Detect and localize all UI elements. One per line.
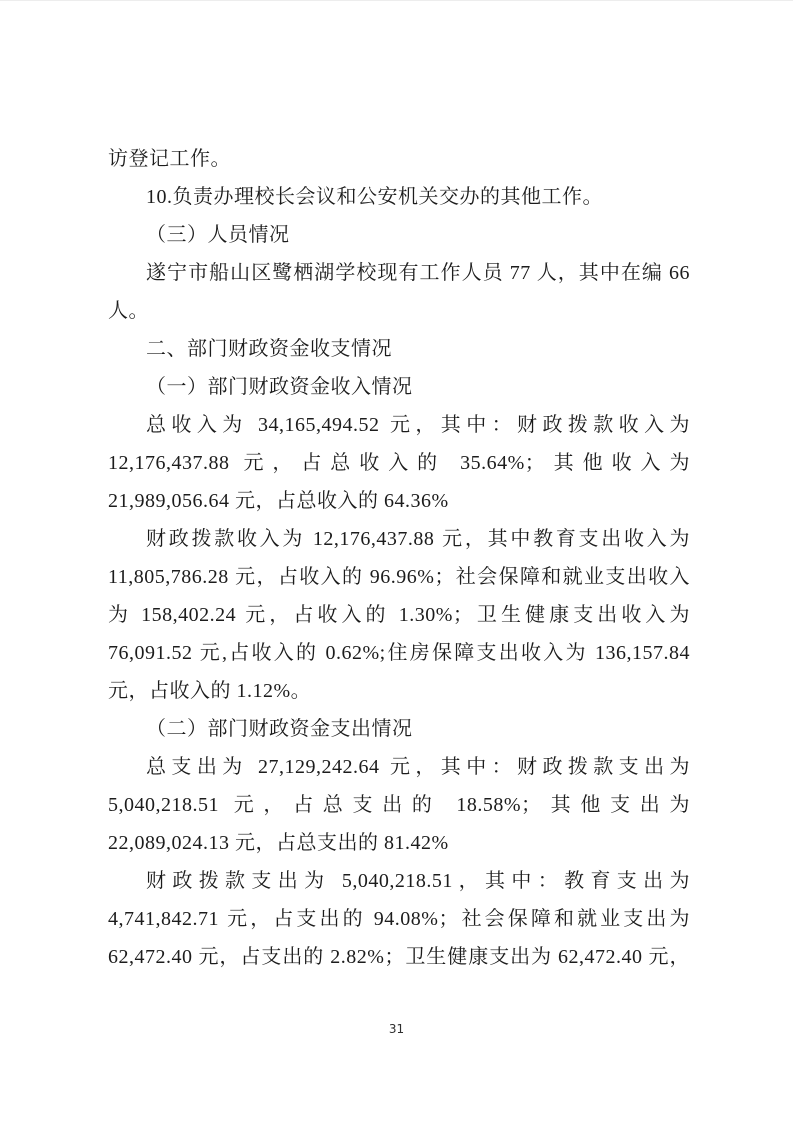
text-line: 财政拨款支出为 5,040,218.51，其中：教育支出为 [108,862,690,900]
document-body: 访登记工作。10.负责办理校长会议和公安机关交办的其他工作。（三）人员情况遂宁市… [108,140,690,976]
text-line: 11,805,786.28 元，占收入的 96.96%；社会保障和就业支出收入 [108,558,690,596]
text-line: 访登记工作。 [108,140,690,178]
text-line: 22,089,024.13 元，占总支出的 81.42% [108,824,690,862]
page-number: 31 [0,1022,793,1036]
text-line: 二、部门财政资金收支情况 [108,330,690,368]
text-line: 21,989,056.64 元，占总收入的 64.36% [108,482,690,520]
text-line: 财政拨款收入为 12,176,437.88 元，其中教育支出收入为 [108,520,690,558]
document-page: 访登记工作。10.负责办理校长会议和公安机关交办的其他工作。（三）人员情况遂宁市… [0,0,793,1122]
text-line: 总支出为 27,129,242.64 元，其中：财政拨款支出为 [108,748,690,786]
text-line: （二）部门财政资金支出情况 [108,710,690,748]
text-line: 12,176,437.88 元，占总收入的 35.64%；其他收入为 [108,444,690,482]
text-line: 62,472.40 元，占支出的 2.82%；卫生健康支出为 62,472.40… [108,938,690,976]
text-line: （三）人员情况 [108,216,690,254]
text-line: 10.负责办理校长会议和公安机关交办的其他工作。 [108,178,690,216]
text-line: 4,741,842.71 元，占支出的 94.08%；社会保障和就业支出为 [108,900,690,938]
text-line: 元，占收入的 1.12%。 [108,672,690,710]
text-line: 总收入为 34,165,494.52 元，其中：财政拨款收入为 [108,406,690,444]
text-line: 遂宁市船山区鹭栖湖学校现有工作人员 77 人，其中在编 66 [108,254,690,292]
text-line: （一）部门财政资金收入情况 [108,368,690,406]
text-line: 5,040,218.51 元，占总支出的 18.58%；其他支出为 [108,786,690,824]
text-line: 76,091.52 元,占收入的 0.62%;住房保障支出收入为 136,157… [108,634,690,672]
text-line: 为 158,402.24 元，占收入的 1.30%；卫生健康支出收入为 [108,596,690,634]
text-line: 人。 [108,292,690,330]
